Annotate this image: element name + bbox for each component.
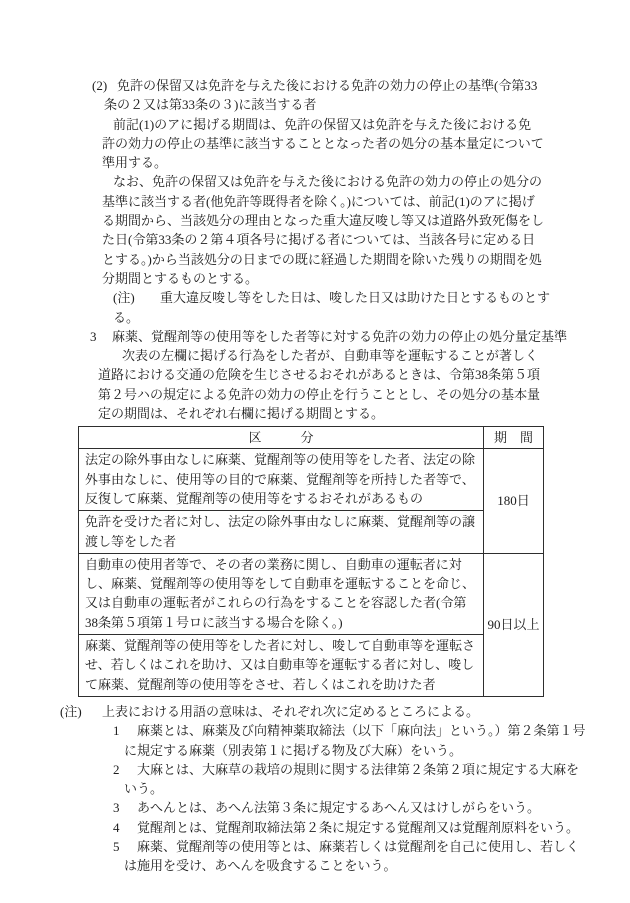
section-2-note-text: 重大違反唆し等をした日は、唆した日又は助けた日とするものとする。 bbox=[113, 290, 550, 324]
footnote-number: 2 bbox=[113, 760, 137, 779]
section-2-marker: (2) bbox=[92, 76, 117, 95]
period-cell-180: 180日 bbox=[484, 449, 544, 553]
table-row: 自動車の使用者等で、その者の業務に関し、自動車の運転者に対し、麻薬、覚醒剤等の使… bbox=[79, 553, 544, 634]
section-2-note-marker: (注) bbox=[113, 288, 160, 307]
footnote-item-1: 1麻薬とは、麻薬及び向精神薬取締法（以下「麻向法」という。）第２条第１号に規定す… bbox=[0, 721, 630, 760]
footnotes-section: (注)上表における用語の意味は、それぞれ次に定めるところによる。 1麻薬とは、麻… bbox=[0, 702, 630, 876]
section-3-body: 次表の左欄に掲げる行為をした者が、自動車等を運転することが著しく道路における交通… bbox=[0, 346, 630, 423]
table-row: 法定の除外事由なしに麻薬、覚醒剤等の使用等をした者、法定の除外事由なしに、使用等… bbox=[79, 449, 544, 511]
footnote-item-5: 5麻薬、覚醒剤等の使用等とは、麻薬若しくは覚醒剤を自己に使用し、若しくは施用を受… bbox=[0, 837, 630, 876]
footnote-item-2: 2大麻とは、大麻草の栽培の規則に関する法律第２条第２項に規定する大麻をいう。 bbox=[0, 760, 630, 799]
section-3-heading-text: 麻薬、覚醒剤等の使用等をした者等に対する免許の効力の停止の処分量定基準 bbox=[112, 329, 567, 344]
footnote-number: 5 bbox=[113, 837, 137, 856]
footnote-item-4: 4覚醒剤とは、覚醒剤取締法第２条に規定する覚醒剤又は覚醒剤原料をいう。 bbox=[0, 818, 630, 837]
footnote-label: (注) bbox=[60, 702, 102, 721]
category-cell: 麻薬、覚醒剤等の使用等をした者に対し、唆して自動車等を運転させ、若しくはこれを助… bbox=[79, 635, 484, 697]
footnote-number: 1 bbox=[113, 721, 137, 740]
footnote-text: あへんとは、あへん法第３条に規定するあへん又はけしがらをいう。 bbox=[137, 800, 540, 815]
footnote-number: 3 bbox=[113, 798, 137, 817]
section-2-note: (注)重大違反唆し等をした日は、唆した日又は助けた日とするものとする。 bbox=[0, 288, 630, 327]
footnote-intro: (注)上表における用語の意味は、それぞれ次に定めるところによる。 bbox=[0, 702, 630, 721]
footnote-text: 大麻とは、大麻草の栽培の規則に関する法律第２条第２項に規定する大麻をいう。 bbox=[124, 762, 579, 796]
table-header-row: 区 分 期 間 bbox=[79, 427, 544, 449]
table-header-category: 区 分 bbox=[79, 427, 484, 449]
period-cell-90: 90日以上 bbox=[484, 553, 544, 696]
table-header-period: 期 間 bbox=[484, 427, 544, 449]
footnote-text: 麻薬、覚醒剤等の使用等とは、麻薬若しくは覚醒剤を自己に使用し、若しくは施用を受け… bbox=[124, 839, 579, 873]
footnote-text: 麻薬とは、麻薬及び向精神薬取締法（以下「麻向法」という。）第２条第１号に規定する… bbox=[124, 723, 586, 757]
category-cell: 自動車の使用者等で、その者の業務に関し、自動車の運転者に対し、麻薬、覚醒剤等の使… bbox=[79, 553, 484, 634]
section-2-paragraph-1: 前記(1)のアに掲げる期間は、免許の保留又は免許を与えた後における免許の効力の停… bbox=[0, 115, 630, 173]
suspension-period-table: 区 分 期 間 法定の除外事由なしに麻薬、覚醒剤等の使用等をした者、法定の除外事… bbox=[78, 426, 544, 697]
table-row: 免許を受けた者に対し、法定の除外事由なしに麻薬、覚醒剤等の譲渡し等をした者 bbox=[79, 511, 544, 554]
section-3-number: 3 bbox=[90, 327, 112, 346]
section-2-heading-text: 免許の保留又は免許を与えた後における免許の効力の停止の基準(令第33条の２又は第… bbox=[104, 78, 537, 112]
category-cell: 法定の除外事由なしに麻薬、覚醒剤等の使用等をした者、法定の除外事由なしに、使用等… bbox=[79, 449, 484, 511]
footnote-text: 覚醒剤とは、覚醒剤取締法第２条に規定する覚醒剤又は覚醒剤原料をいう。 bbox=[137, 820, 579, 835]
footnote-number: 4 bbox=[113, 818, 137, 837]
table-row: 麻薬、覚醒剤等の使用等をした者に対し、唆して自動車等を運転させ、若しくはこれを助… bbox=[79, 635, 544, 697]
section-2-heading: (2)免許の保留又は免許を与えた後における免許の効力の停止の基準(令第33条の２… bbox=[0, 76, 630, 115]
section-3-heading: 3麻薬、覚醒剤等の使用等をした者等に対する免許の効力の停止の処分量定基準 bbox=[0, 327, 630, 346]
footnote-intro-text: 上表における用語の意味は、それぞれ次に定めるところによる。 bbox=[102, 704, 479, 719]
footnote-item-3: 3あへんとは、あへん法第３条に規定するあへん又はけしがらをいう。 bbox=[0, 798, 630, 817]
category-cell: 免許を受けた者に対し、法定の除外事由なしに麻薬、覚醒剤等の譲渡し等をした者 bbox=[79, 511, 484, 554]
section-2-paragraph-2: なお、免許の保留又は免許を与えた後における免許の効力の停止の処分の基準に該当する… bbox=[0, 172, 630, 288]
document-page: (2)免許の保留又は免許を与えた後における免許の効力の停止の基準(令第33条の２… bbox=[0, 0, 630, 903]
